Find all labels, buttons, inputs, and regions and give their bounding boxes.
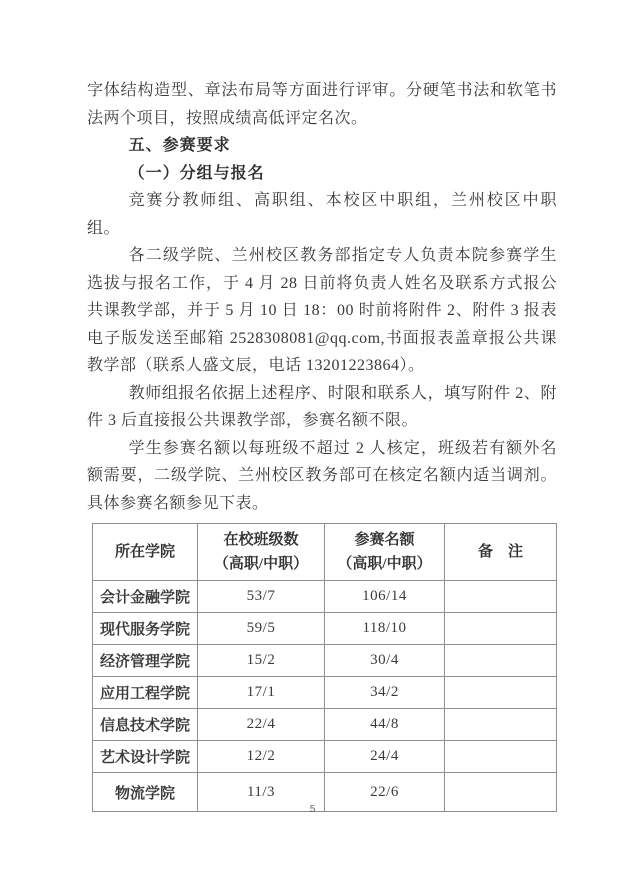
table-header-row: 所在学院在校班级数（高职/中职）参赛名额（高职/中职）备 注 [93,524,557,581]
column-header-line: （高职/中职） [327,552,442,576]
column-header-quota: 参赛名额（高职/中职） [325,524,445,581]
page-number: 5 [0,804,625,815]
cell-quota: 24/4 [325,741,445,773]
quota-table: 所在学院在校班级数（高职/中职）参赛名额（高职/中职）备 注 会计金融学院53/… [92,523,557,812]
cell-quota: 44/8 [325,709,445,741]
cell-note [445,709,557,741]
para-student-quota: 学生参赛名额以每班级不超过 2 人核定，班级若有额外名额需要，二级学院、兰州校区… [87,435,557,518]
quota-table-header-row: 所在学院在校班级数（高职/中职）参赛名额（高职/中职）备 注 [93,524,557,581]
table-row: 应用工程学院17/134/2 [93,677,557,709]
column-header-classes: 在校班级数（高职/中职） [198,524,325,581]
cell-classes: 22/4 [198,709,325,741]
para-continuation: 字体结构造型、章法布局等方面进行评审。分硬笔书法和软笔书法两个项目，按照成绩高低… [87,77,557,132]
cell-college: 会计金融学院 [93,581,198,613]
cell-college: 艺术设计学院 [93,741,198,773]
document-page: 字体结构造型、章法布局等方面进行评审。分硬笔书法和软笔书法两个项目，按照成绩高低… [0,0,625,884]
cell-classes: 15/2 [198,645,325,677]
cell-college: 经济管理学院 [93,645,198,677]
table-row: 信息技术学院22/444/8 [93,709,557,741]
cell-college: 信息技术学院 [93,709,198,741]
para-teacher-group-registration: 教师组报名依据上述程序、时限和联系人，填写附件 2、附件 3 后直接报公共课教学… [87,380,557,435]
cell-note [445,677,557,709]
column-header-line: 备 注 [447,540,554,564]
cell-note [445,581,557,613]
quota-table-body: 会计金融学院53/7106/14现代服务学院59/5118/10经济管理学院15… [93,581,557,812]
cell-classes: 12/2 [198,741,325,773]
cell-college: 现代服务学院 [93,613,198,645]
column-header-line: （高职/中职） [200,552,322,576]
para-registration-procedure: 各二级学院、兰州校区教务部指定专人负责本院参赛学生选拔与报名工作，于 4 月 2… [87,242,557,380]
table-row: 艺术设计学院12/224/4 [93,741,557,773]
cell-quota: 34/2 [325,677,445,709]
cell-note [445,613,557,645]
cell-quota: 118/10 [325,613,445,645]
cell-classes: 53/7 [198,581,325,613]
cell-quota: 106/14 [325,581,445,613]
column-header-college: 所在学院 [93,524,198,581]
column-header-line: 所在学院 [95,540,195,564]
column-header-line: 在校班级数 [200,528,322,552]
table-row: 现代服务学院59/5118/10 [93,613,557,645]
column-header-note: 备 注 [445,524,557,581]
text-flow: 字体结构造型、章法布局等方面进行评审。分硬笔书法和软笔书法两个项目，按照成绩高低… [87,77,557,812]
heading-section-five: 五、参赛要求 [87,132,557,160]
column-header-line: 参赛名额 [327,528,442,552]
cell-quota: 30/4 [325,645,445,677]
table-row: 会计金融学院53/7106/14 [93,581,557,613]
cell-note [445,645,557,677]
cell-college: 应用工程学院 [93,677,198,709]
table-row: 经济管理学院15/230/4 [93,645,557,677]
heading-subsection-one: （一）分组与报名 [87,160,557,188]
cell-classes: 59/5 [198,613,325,645]
para-competition-groups: 竞赛分教师组、高职组、本校区中职组，兰州校区中职组。 [87,187,557,242]
cell-classes: 17/1 [198,677,325,709]
cell-note [445,741,557,773]
